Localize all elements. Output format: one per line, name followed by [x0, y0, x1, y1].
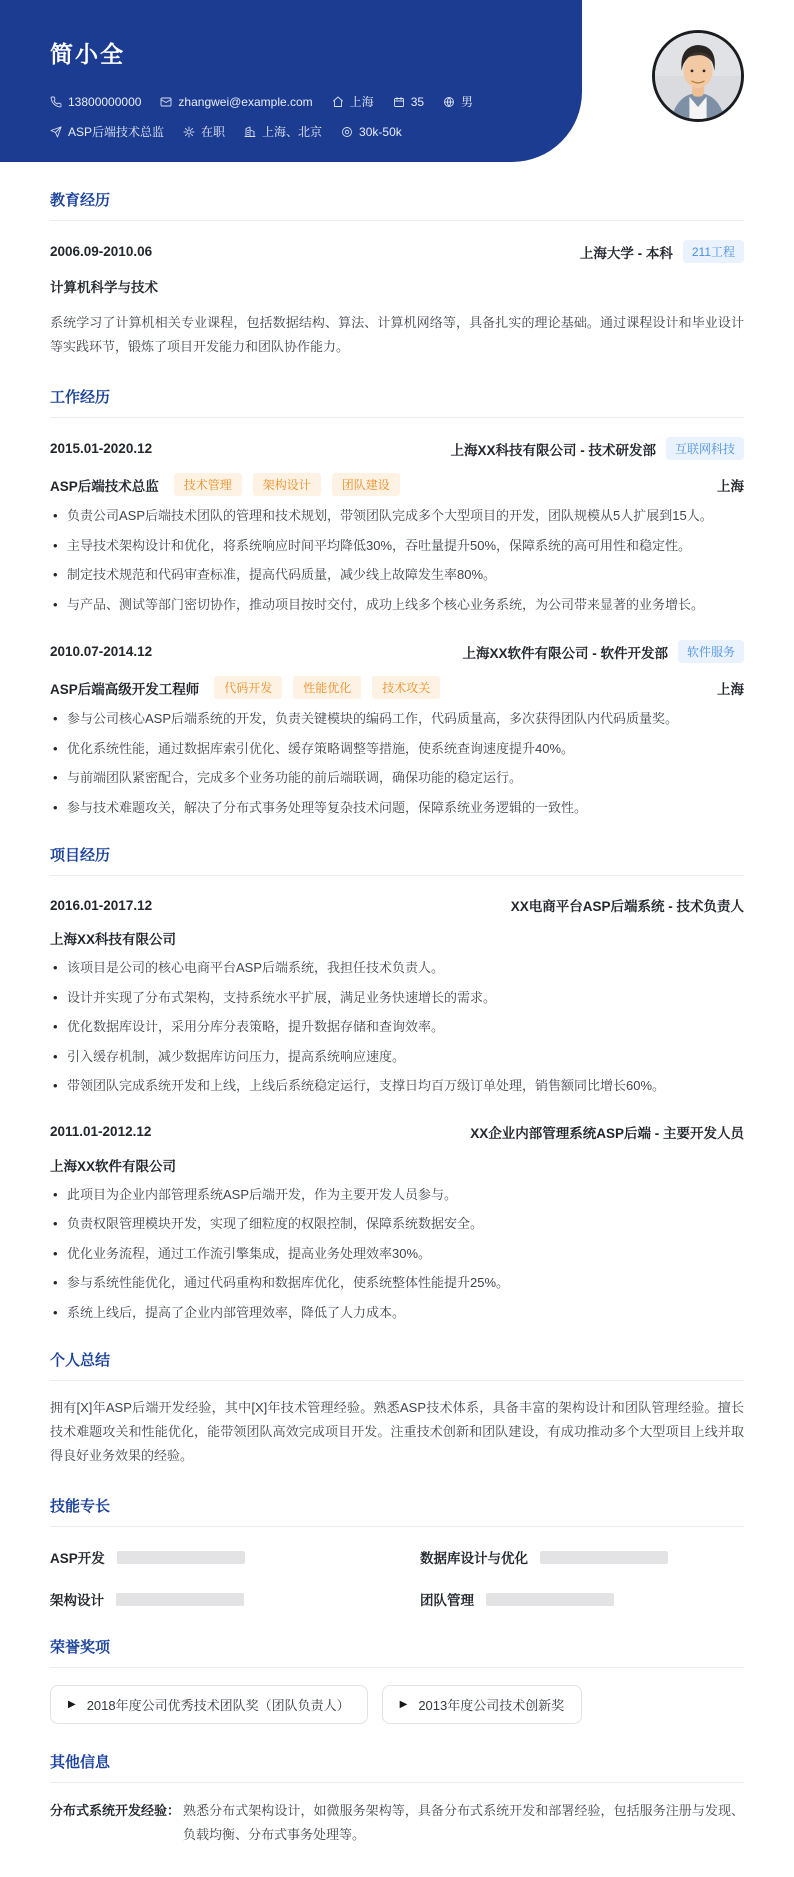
- honors-row: ▶ 2018年度公司优秀技术团队奖（团队负责人） ▶ 2013年度公司技术创新奖: [50, 1685, 744, 1724]
- bullet-item: 优化业务流程，通过工作流引擎集成，提高业务处理效率30%。: [50, 1244, 744, 1264]
- education-school-degree: 上海大学 - 本科: [580, 242, 673, 262]
- avatar: [652, 30, 744, 122]
- education-title: 教育经历: [50, 189, 744, 221]
- section-projects: 项目经历 2016.01-2017.12 XX电商平台ASP后端系统 - 技术负…: [50, 844, 744, 1322]
- bullet-item: 制定技术规范和代码审查标准，提高代码质量，减少线上故障发生率80%。: [50, 565, 744, 585]
- skill-name: 团队管理: [420, 1589, 474, 1609]
- project-company: 上海XX软件有限公司: [50, 1155, 744, 1175]
- work-entry: 2010.07-2014.12 上海XX软件有限公司 - 软件开发部 软件服务 …: [50, 640, 744, 817]
- city-icon: [244, 126, 256, 138]
- email-text: zhangwei@example.com: [178, 95, 312, 109]
- other-title: 其他信息: [50, 1751, 744, 1783]
- skills-title: 技能专长: [50, 1495, 744, 1527]
- section-honors: 荣誉奖项 ▶ 2018年度公司优秀技术团队奖（团队负责人） ▶ 2013年度公司…: [50, 1636, 744, 1724]
- other-info-row: 分布式系统开发经验： 熟悉分布式架构设计，如微服务架构等，具备分布式系统开发和部…: [50, 1799, 744, 1847]
- skill-item: 架构设计: [50, 1589, 374, 1609]
- resume-header: 简小全 13800000000 zhangwei@example.com: [0, 0, 794, 162]
- skill-progress-bar: [116, 1593, 244, 1606]
- email-item: zhangwei@example.com: [160, 95, 312, 109]
- project-entry: 2016.01-2017.12 XX电商平台ASP后端系统 - 技术负责人 上海…: [50, 895, 744, 1096]
- project-bullets: 该项目是公司的核心电商平台ASP后端系统，我担任技术负责人。 设计并实现了分布式…: [50, 958, 744, 1096]
- skill-name: ASP开发: [50, 1547, 105, 1567]
- work-role: ASP后端高级开发工程师: [50, 678, 199, 698]
- education-major: 计算机科学与技术: [50, 276, 744, 296]
- skill-progress-bar: [117, 1551, 245, 1564]
- job-status-text: 在职: [201, 123, 225, 140]
- bullet-item: 参与系统性能优化，通过代码重构和数据库优化，使系统整体性能提升25%。: [50, 1273, 744, 1293]
- skills-grid: ASP开发 数据库设计与优化 架构设计 团队管理: [50, 1547, 744, 1609]
- salary-item: 30k-50k: [341, 125, 402, 139]
- play-triangle-icon: ▶: [68, 1700, 76, 1710]
- salary-text: 30k-50k: [359, 125, 402, 139]
- work-title: 工作经历: [50, 386, 744, 418]
- education-entry: 2006.09-2010.06 上海大学 - 本科 211工程 计算机科学与技术…: [50, 240, 744, 359]
- work-tag: 团队建设: [332, 473, 400, 496]
- other-info-text: 熟悉分布式架构设计，如微服务架构等，具备分布式系统开发和部署经验，包括服务注册与…: [183, 1799, 744, 1847]
- skill-item: 数据库设计与优化: [420, 1547, 744, 1567]
- bullet-item: 参与技术难题攻关，解决了分布式事务处理等复杂技术问题，保障系统业务逻辑的一致性。: [50, 798, 744, 818]
- summary-text: 拥有[X]年ASP后端开发经验，其中[X]年技术管理经验。熟悉ASP技术体系，具…: [50, 1396, 744, 1468]
- skill-name: 架构设计: [50, 1589, 104, 1609]
- work-tags: 技术管理 架构设计 团队建设: [174, 473, 400, 496]
- phone-icon: [50, 96, 62, 108]
- target-city-text: 上海、北京: [262, 123, 322, 140]
- work-location: 上海: [717, 678, 744, 698]
- work-tag: 技术攻关: [372, 676, 440, 699]
- honor-item: ▶ 2013年度公司技术创新奖: [382, 1685, 583, 1724]
- home-city-item: 上海: [332, 93, 374, 110]
- age-text: 35: [411, 95, 424, 109]
- section-other: 其他信息 分布式系统开发经验： 熟悉分布式架构设计，如微服务架构等，具备分布式系…: [50, 1751, 744, 1847]
- target-city-item: 上海、北京: [244, 123, 322, 140]
- work-company: 上海XX科技有限公司 - 技术研发部: [450, 439, 656, 459]
- section-education: 教育经历 2006.09-2010.06 上海大学 - 本科 211工程 计算机…: [50, 189, 744, 359]
- position-icon: [50, 126, 62, 138]
- work-company: 上海XX软件有限公司 - 软件开发部: [462, 642, 668, 662]
- skill-progress-bar: [486, 1593, 614, 1606]
- honor-text: 2013年度公司技术创新奖: [418, 1695, 564, 1714]
- bullet-item: 与产品、测试等部门密切协作，推动项目按时交付，成功上线多个核心业务系统，为公司带…: [50, 595, 744, 615]
- job-status-item: 在职: [183, 123, 225, 140]
- gender-text: 男: [461, 93, 473, 110]
- section-work: 工作经历 2015.01-2020.12 上海XX科技有限公司 - 技术研发部 …: [50, 386, 744, 817]
- home-icon: [332, 96, 344, 108]
- project-role: XX企业内部管理系统ASP后端 - 主要开发人员: [470, 1122, 744, 1142]
- bullet-item: 优化系统性能，通过数据库索引优化、缓存策略调整等措施，使系统查询速度提升40%。: [50, 739, 744, 759]
- work-date: 2010.07-2014.12: [50, 644, 152, 659]
- honors-title: 荣誉奖项: [50, 1636, 744, 1668]
- honor-text: 2018年度公司优秀技术团队奖（团队负责人）: [87, 1695, 350, 1714]
- project-entry: 2011.01-2012.12 XX企业内部管理系统ASP后端 - 主要开发人员…: [50, 1122, 744, 1323]
- project-bullets: 此项目为企业内部管理系统ASP后端开发，作为主要开发人员参与。 负责权限管理模块…: [50, 1185, 744, 1323]
- age-icon: [393, 96, 405, 108]
- bullet-item: 主导技术架构设计和优化，将系统响应时间平均降低30%，吞吐量提升50%，保障系统…: [50, 536, 744, 556]
- position-item: ASP后端技术总监: [50, 123, 164, 140]
- skill-progress-bar: [540, 1551, 668, 1564]
- work-bullets: 参与公司核心ASP后端系统的开发，负责关键模块的编码工作，代码质量高，多次获得团…: [50, 709, 744, 817]
- bullet-item: 负责权限管理模块开发，实现了细粒度的权限控制，保障系统数据安全。: [50, 1214, 744, 1234]
- avatar-illustration: [655, 33, 741, 119]
- project-role: XX电商平台ASP后端系统 - 技术负责人: [511, 895, 744, 915]
- bullet-item: 负责公司ASP后端技术团队的管理和技术规划，带领团队完成多个大型项目的开发，团队…: [50, 506, 744, 526]
- other-info-label: 分布式系统开发经验：: [50, 1799, 180, 1847]
- work-date: 2015.01-2020.12: [50, 441, 152, 456]
- work-tag: 代码开发: [214, 676, 282, 699]
- work-industry-badge: 互联网科技: [666, 437, 744, 460]
- work-tag: 性能优化: [293, 676, 361, 699]
- phone-text: 13800000000: [68, 95, 141, 109]
- skill-item: ASP开发: [50, 1547, 374, 1567]
- bullet-item: 该项目是公司的核心电商平台ASP后端系统，我担任技术负责人。: [50, 958, 744, 978]
- work-location: 上海: [717, 475, 744, 495]
- email-icon: [160, 96, 172, 108]
- work-tags: 代码开发 性能优化 技术攻关: [214, 676, 440, 699]
- contact-row-2: ASP后端技术总监 在职 上海、北京: [50, 123, 794, 140]
- gender-item: 男: [443, 93, 473, 110]
- work-role: ASP后端技术总监: [50, 475, 159, 495]
- section-skills: 技能专长 ASP开发 数据库设计与优化 架构设计 团队管理: [50, 1495, 744, 1609]
- bullet-item: 此项目为企业内部管理系统ASP后端开发，作为主要开发人员参与。: [50, 1185, 744, 1205]
- work-tag: 架构设计: [253, 473, 321, 496]
- status-icon: [183, 126, 195, 138]
- bullet-item: 参与公司核心ASP后端系统的开发，负责关键模块的编码工作，代码质量高，多次获得团…: [50, 709, 744, 729]
- projects-title: 项目经历: [50, 844, 744, 876]
- bullet-item: 系统上线后，提高了企业内部管理效率，降低了人力成本。: [50, 1303, 744, 1323]
- education-date: 2006.09-2010.06: [50, 244, 152, 259]
- salary-icon: [341, 126, 353, 138]
- resume-page: 简小全 13800000000 zhangwei@example.com: [0, 0, 794, 1877]
- skill-name: 数据库设计与优化: [420, 1547, 528, 1567]
- bullet-item: 带领团队完成系统开发和上线，上线后系统稳定运行，支撑日均百万级订单处理，销售额同…: [50, 1076, 744, 1096]
- summary-title: 个人总结: [50, 1349, 744, 1381]
- bullet-item: 设计并实现了分布式架构，支持系统水平扩展，满足业务快速增长的需求。: [50, 988, 744, 1008]
- bullet-item: 引入缓存机制，减少数据库访问压力，提高系统响应速度。: [50, 1047, 744, 1067]
- gender-icon: [443, 96, 455, 108]
- section-summary: 个人总结 拥有[X]年ASP后端开发经验，其中[X]年技术管理经验。熟悉ASP技…: [50, 1349, 744, 1468]
- project-date: 2011.01-2012.12: [50, 1124, 151, 1139]
- education-badge: 211工程: [683, 240, 744, 263]
- bullet-item: 优化数据库设计，采用分库分表策略，提升数据存储和查询效率。: [50, 1017, 744, 1037]
- position-text: ASP后端技术总监: [68, 123, 164, 140]
- bullet-item: 与前端团队紧密配合，完成多个业务功能的前后端联调，确保功能的稳定运行。: [50, 768, 744, 788]
- project-company: 上海XX科技有限公司: [50, 928, 744, 948]
- project-date: 2016.01-2017.12: [50, 898, 152, 913]
- education-description: 系统学习了计算机相关专业课程，包括数据结构、算法、计算机网络等，具备扎实的理论基…: [50, 311, 744, 359]
- skill-item: 团队管理: [420, 1589, 744, 1609]
- home-city-text: 上海: [350, 93, 374, 110]
- age-item: 35: [393, 95, 424, 109]
- work-bullets: 负责公司ASP后端技术团队的管理和技术规划，带领团队完成多个大型项目的开发，团队…: [50, 506, 744, 614]
- honor-item: ▶ 2018年度公司优秀技术团队奖（团队负责人）: [50, 1685, 368, 1724]
- work-entry: 2015.01-2020.12 上海XX科技有限公司 - 技术研发部 互联网科技…: [50, 437, 744, 614]
- play-triangle-icon: ▶: [400, 1700, 408, 1710]
- work-tag: 技术管理: [174, 473, 242, 496]
- work-industry-badge: 软件服务: [678, 640, 744, 663]
- phone-item: 13800000000: [50, 95, 141, 109]
